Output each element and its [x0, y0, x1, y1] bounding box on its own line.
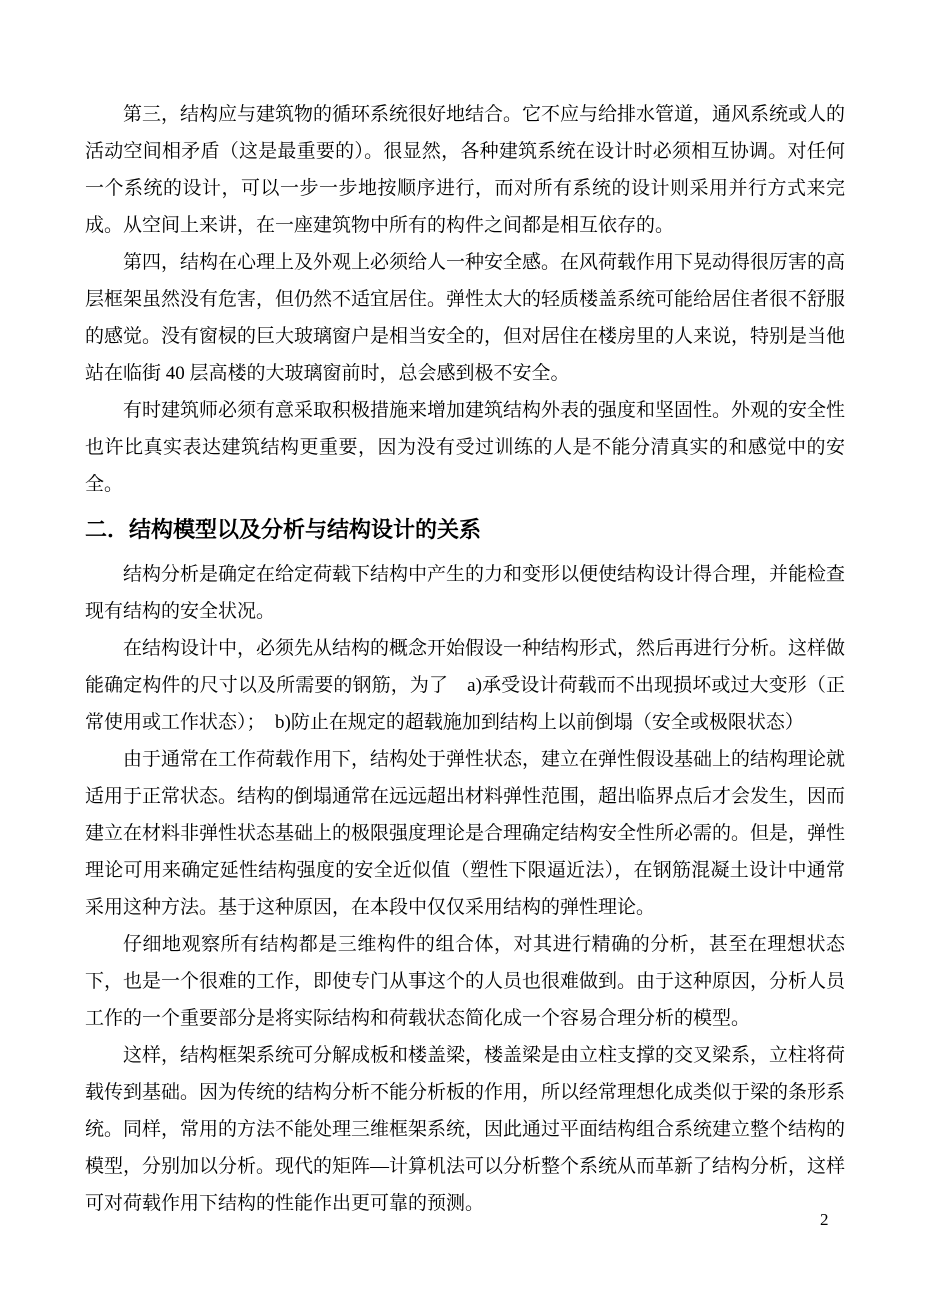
document-page: 第三，结构应与建筑物的循环系统很好地结合。它不应与给排水管道，通风系统或人的活动… — [0, 0, 926, 1309]
paragraph-architect-measures: 有时建筑师必须有意采取积极措施来增加建筑结构外表的强度和坚固性。外观的安全性也许… — [85, 392, 845, 503]
paragraph-3d-members: 仔细地观察所有结构都是三维构件的组合体，对其进行精确的分析，甚至在理想状态下，也… — [85, 926, 845, 1037]
paragraph-third-point: 第三，结构应与建筑物的循环系统很好地结合。它不应与给排水管道，通风系统或人的活动… — [85, 96, 845, 244]
section-heading: 二．结构模型以及分析与结构设计的关系 — [85, 511, 845, 548]
paragraph-structural-analysis: 结构分析是确定在给定荷载下结构中产生的力和变形以便使结构设计得合理，并能检查现有… — [85, 556, 845, 630]
paragraph-elastic-theory: 由于通常在工作荷载作用下，结构处于弹性状态，建立在弹性假设基础上的结构理论就适用… — [85, 741, 845, 926]
page-number: 2 — [820, 1208, 829, 1232]
content-area: 第三，结构应与建筑物的循环系统很好地结合。它不应与给排水管道，通风系统或人的活动… — [85, 96, 845, 1222]
paragraph-fourth-point: 第四，结构在心理上及外观上必须给人一种安全感。在风荷载作用下晃动得很厉害的高层框… — [85, 244, 845, 392]
paragraph-design-assumptions: 在结构设计中，必须先从结构的概念开始假设一种结构形式，然后再进行分析。这样做能确… — [85, 630, 845, 741]
paragraph-frame-decomposition: 这样，结构框架系统可分解成板和楼盖梁，楼盖梁是由立柱支撑的交叉梁系，立柱将荷载传… — [85, 1037, 845, 1222]
